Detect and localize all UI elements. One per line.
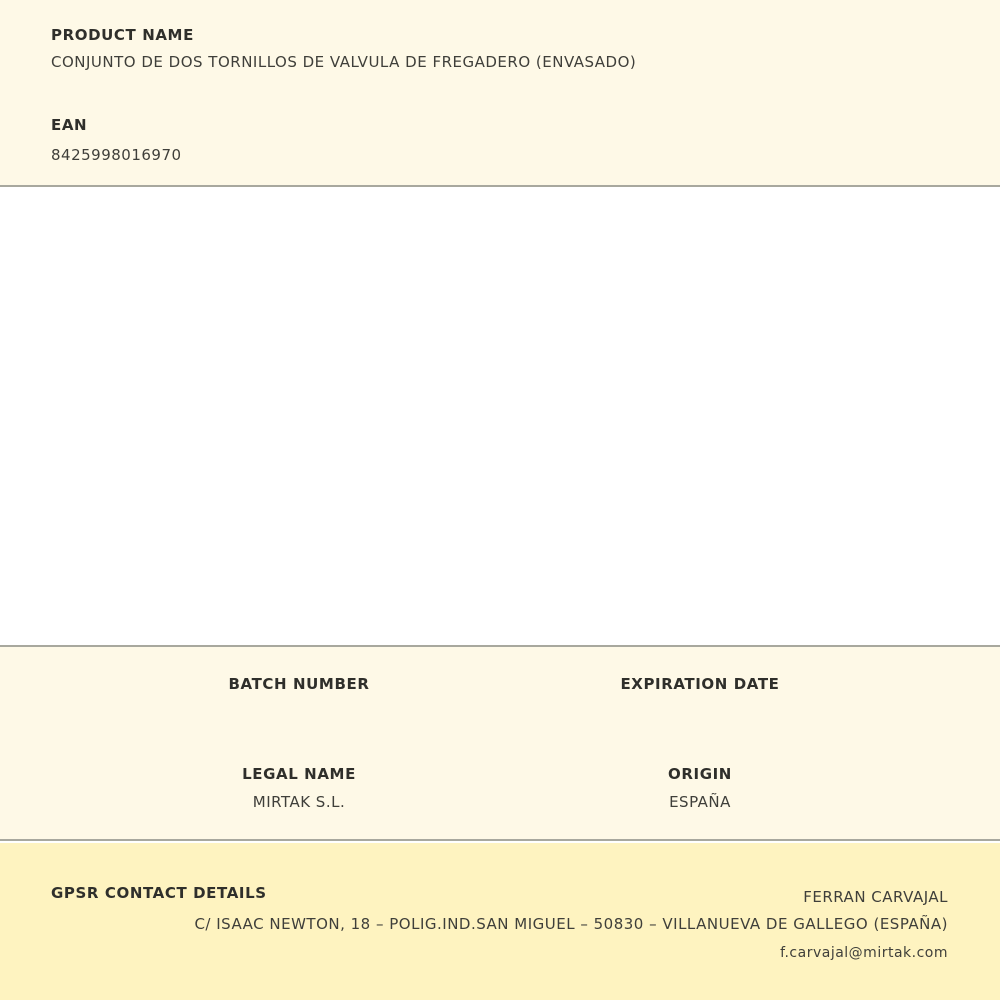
gpsr-contact-block: FERRAN CARVAJAL C/ ISAAC NEWTON, 18 – PO… [194,884,948,967]
ean-value: 8425998016970 [51,146,182,164]
product-info-section: PRODUCT NAME CONJUNTO DE DOS TORNILLOS D… [0,0,1000,187]
origin-label: ORIGIN [550,765,850,783]
batch-number-field: BATCH NUMBER [149,675,449,703]
legal-name-value: MIRTAK S.L. [149,793,449,811]
details-section: BATCH NUMBER EXPIRATION DATE LEGAL NAME … [0,645,1000,841]
origin-value: ESPAÑA [550,793,850,811]
contact-address: C/ ISAAC NEWTON, 18 – POLIG.IND.SAN MIGU… [194,911,948,938]
origin-field: ORIGIN ESPAÑA [550,765,850,811]
batch-number-label: BATCH NUMBER [149,675,449,693]
contact-email: f.carvajal@mirtak.com [194,940,948,967]
gpsr-contact-section: GPSR CONTACT DETAILS FERRAN CARVAJAL C/ … [0,843,1000,1000]
product-name-value: CONJUNTO DE DOS TORNILLOS DE VALVULA DE … [51,53,636,71]
legal-name-field: LEGAL NAME MIRTAK S.L. [149,765,449,811]
product-name-label: PRODUCT NAME [51,26,194,44]
ean-label: EAN [51,116,87,134]
expiration-date-label: EXPIRATION DATE [550,675,850,693]
blank-content-area [0,187,1000,645]
legal-name-label: LEGAL NAME [149,765,449,783]
contact-name: FERRAN CARVAJAL [194,884,948,911]
expiration-date-field: EXPIRATION DATE [550,675,850,703]
